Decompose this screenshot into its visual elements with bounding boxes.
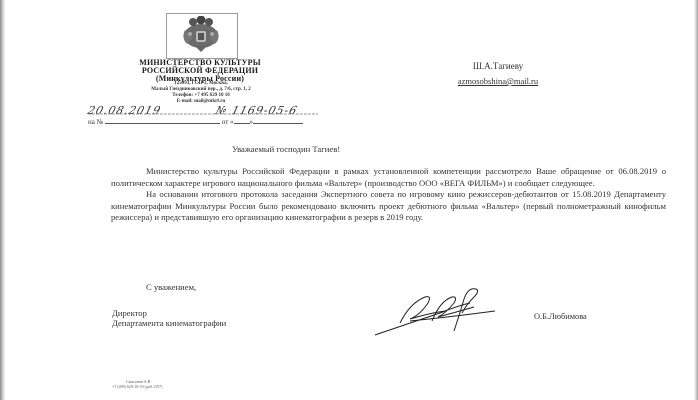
paragraph-1: Министерство культуры Российской Федерац… (111, 166, 666, 189)
registration-handwritten: 20.08.2019 № 1169-05-6 (88, 104, 318, 114)
blank-field (105, 116, 220, 124)
registration-underline (88, 113, 318, 115)
blank-field (253, 116, 303, 124)
recipient-name: Ш.А.Тагиеву (418, 61, 578, 71)
executor-footer: Самсонов А.В. +7 (495) 629-10-10 (доб.13… (112, 379, 162, 389)
signer-title-line1: Директор (112, 308, 226, 318)
ministry-address: 125993, ГСП-3, Москва, Малый Гнездниковс… (96, 81, 306, 105)
paragraph-2: На основании итогового протокола заседан… (111, 189, 666, 224)
reference-number-line: на № от «» (88, 116, 318, 126)
signer-name: О.Б.Любимова (534, 312, 587, 321)
recipient-email: azmosobshina@mail.ru (418, 76, 578, 86)
letter-body: Министерство культуры Российской Федерац… (111, 166, 666, 224)
blank-field (234, 116, 250, 124)
closing: С уважением, (146, 282, 196, 292)
recipient-block: Ш.А.Тагиеву azmosobshina@mail.ru (418, 61, 578, 86)
signer-title: Директор Департамента кинематографии (112, 308, 226, 328)
greeting: Уважаемый господин Тагиев! (232, 144, 340, 154)
executor-phone: +7 (495) 629-10-10 (доб.1357) (112, 384, 162, 389)
emblem-frame (166, 13, 238, 59)
letter-page: МИНИСТЕРСТВО КУЛЬТУРЫ РОССИЙСКОЙ ФЕДЕРАЦ… (0, 0, 698, 400)
na-label: на № (88, 118, 103, 126)
russian-coat-of-arms-icon (181, 16, 221, 54)
signer-title-line2: Департамента кинематографии (112, 318, 226, 328)
ministry-name: МИНИСТЕРСТВО КУЛЬТУРЫ РОССИЙСКОЙ ФЕДЕРАЦ… (100, 59, 300, 83)
ot-label: от « (222, 118, 234, 126)
handwritten-signature-icon (370, 283, 530, 343)
